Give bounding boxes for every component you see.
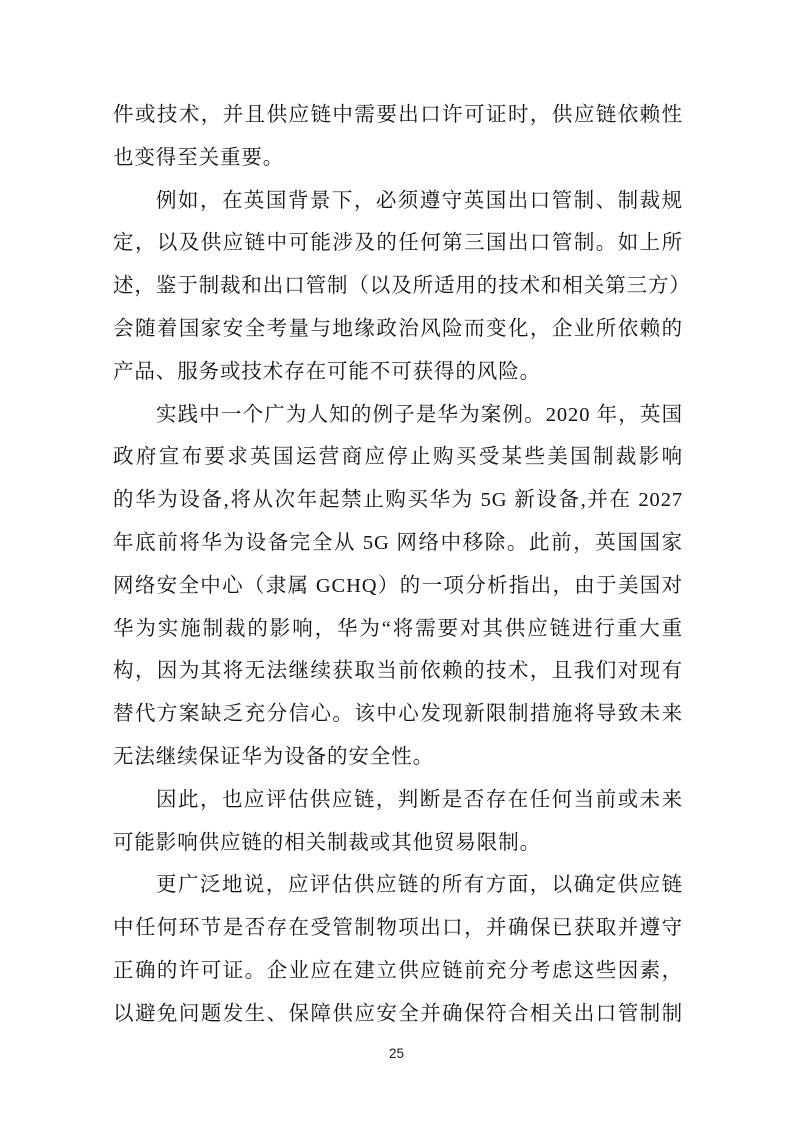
text-line: 实践中一个广为人知的例子是华为案例。2020 年，英国 (113, 394, 683, 437)
text-line: 年底前将华为设备完全从 5G 网络中移除。此前，英国国家 (113, 522, 683, 565)
text-line: 会随着国家安全考量与地缘政治风险而变化，企业所依赖的 (113, 308, 683, 351)
text-line: 件或技术，并且供应链中需要出口许可证时，供应链依赖性 (113, 94, 683, 137)
text-line: 中任何环节是否存在受管制物项出口，并确保已获取并遵守 (113, 907, 683, 950)
text-line: 网络安全中心（隶属 GCHQ）的一项分析指出，由于美国对 (113, 565, 683, 608)
text-line: 替代方案缺乏充分信心。该中心发现新限制措施将导致未来 (113, 693, 683, 736)
text-line: 产品、服务或技术存在可能不可获得的风险。 (113, 351, 683, 394)
text-line: 华为实施制裁的影响，华为“将需要对其供应链进行重大重 (113, 608, 683, 651)
document-page: 件或技术，并且供应链中需要出口许可证时，供应链依赖性 也变得至关重要。 例如，在… (0, 0, 793, 1122)
page-number: 25 (389, 1046, 404, 1061)
text-line: 的华为设备,将从次年起禁止购买华为 5G 新设备,并在 2027 (113, 479, 683, 522)
text-line: 政府宣布要求英国运营商应停止购买受某些美国制裁影响 (113, 436, 683, 479)
text-line: 因此，也应评估供应链，判断是否存在任何当前或未来 (113, 779, 683, 822)
page-footer: 25 (0, 1045, 793, 1063)
text-line: 也变得至关重要。 (113, 137, 683, 180)
text-line: 以避免问题发生、保障供应安全并确保符合相关出口管制制 (113, 993, 683, 1036)
text-line: 更广泛地说，应评估供应链的所有方面，以确定供应链 (113, 864, 683, 907)
page-body: 件或技术，并且供应链中需要出口许可证时，供应链依赖性 也变得至关重要。 例如，在… (113, 94, 683, 1036)
text-line: 例如，在英国背景下，必须遵守英国出口管制、制裁规 (113, 180, 683, 223)
text-line: 无法继续保证华为设备的安全性。 (113, 736, 683, 779)
text-line: 定，以及供应链中可能涉及的任何第三国出口管制。如上所 (113, 222, 683, 265)
text-line: 构，因为其将无法继续获取当前依赖的技术，且我们对现有 (113, 650, 683, 693)
text-line: 正确的许可证。企业应在建立供应链前充分考虑这些因素， (113, 950, 683, 993)
text-line: 可能影响供应链的相关制裁或其他贸易限制。 (113, 822, 683, 865)
text-line: 述，鉴于制裁和出口管制（以及所适用的技术和相关第三方） (113, 265, 683, 308)
